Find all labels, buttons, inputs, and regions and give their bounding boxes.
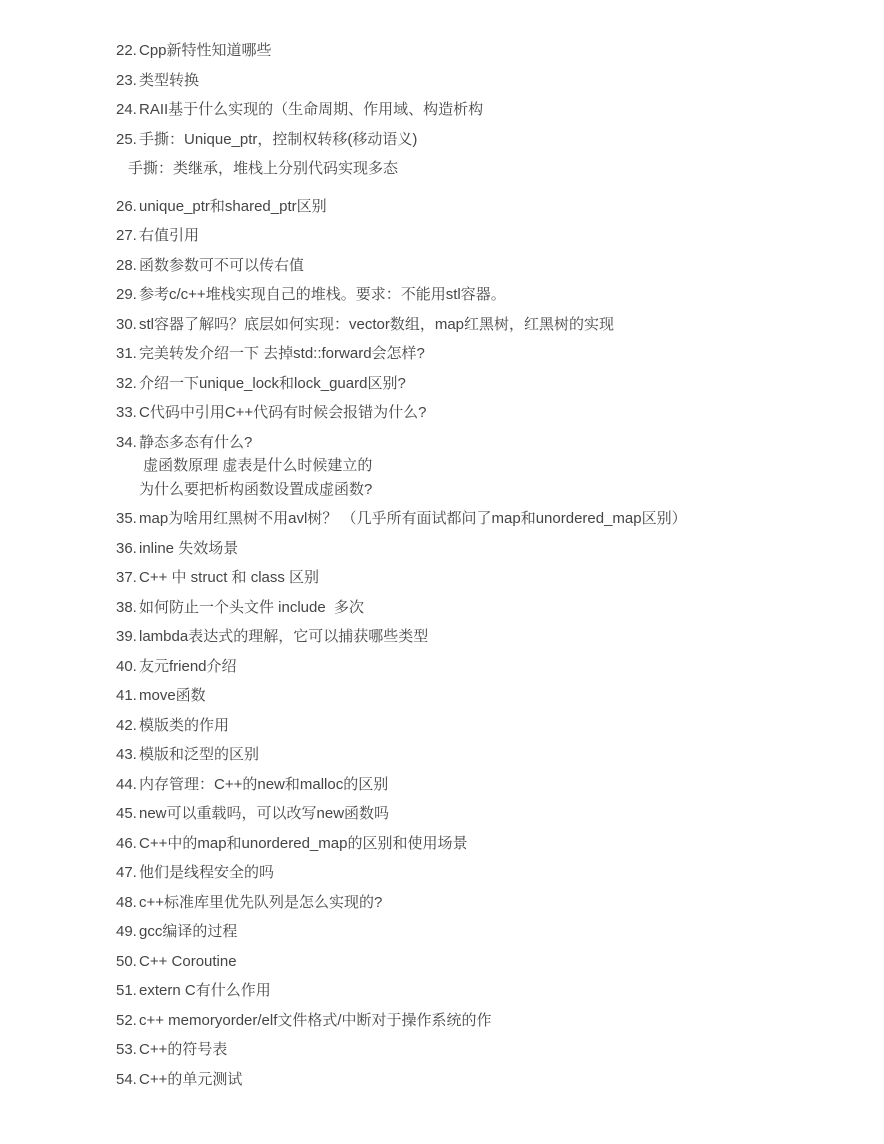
item-text: stl容器了解吗？底层如何实现：vector数组，map红黑树，红黑树的实现 (139, 313, 844, 337)
item-number: 39. (116, 625, 137, 649)
item-text: C++的符号表 (139, 1038, 844, 1062)
item-text: inline 失效场景 (139, 537, 844, 561)
list-item: 46.C++中的map和unordered_map的区别和使用场景 (116, 832, 844, 856)
item-text: map为啥用红黑树不用avl树？ （几乎所有面试都问了map和unordered… (139, 507, 844, 531)
list-item: 43.模版和泛型的区别 (116, 743, 844, 767)
item-number: 35. (116, 507, 137, 531)
item-number: 37. (116, 566, 137, 590)
item-text: extern C有什么作用 (139, 979, 844, 1003)
item-number: 42. (116, 714, 137, 738)
item-number: 27. (116, 224, 137, 248)
list-item: 53.C++的符号表 (116, 1038, 844, 1062)
item-text: new可以重载吗，可以改写new函数吗 (139, 802, 844, 826)
item-text: C代码中引用C++代码有时候会报错为什么? (139, 401, 844, 425)
item-text: 内存管理：C++的new和malloc的区别 (139, 773, 844, 797)
list-item: 52.c++ memoryorder/elf文件格式/中断对于操作系统的作 (116, 1009, 844, 1033)
item-text: C++ 中 struct 和 class 区别 (139, 566, 844, 590)
list-item: 24.RAII基于什么实现的（生命周期、作用域、构造析构 (116, 98, 844, 122)
list-item: 39.lambda表达式的理解，它可以捕获哪些类型 (116, 625, 844, 649)
list-item: 33.C代码中引用C++代码有时候会报错为什么? (116, 401, 844, 425)
item-text: 模版和泛型的区别 (139, 743, 844, 767)
item-number: 48. (116, 891, 137, 915)
list-item: 25.手撕：Unique_ptr，控制权转移(移动语义) (116, 128, 844, 152)
item-text: c++标准库里优先队列是怎么实现的? (139, 891, 844, 915)
list-item: 22.Cpp新特性知道哪些 (116, 39, 844, 63)
item-text: 友元friend介绍 (139, 655, 844, 679)
list-item: 41.move函数 (116, 684, 844, 708)
item-number: 36. (116, 537, 137, 561)
item-number: 24. (116, 98, 137, 122)
list-item: 37.C++ 中 struct 和 class 区别 (116, 566, 844, 590)
item-text: Cpp新特性知道哪些 (139, 39, 844, 63)
list-item: 31.完美转发介绍一下 去掉std::forward会怎样? (116, 342, 844, 366)
item-number: 46. (116, 832, 137, 856)
item-text: 他们是线程安全的吗 (139, 861, 844, 885)
item-number: 25. (116, 128, 137, 152)
item-number: 40. (116, 655, 137, 679)
item-text: 手撕：类继承，堆栈上分别代码实现多态 (128, 157, 844, 181)
list-item: 45.new可以重载吗，可以改写new函数吗 (116, 802, 844, 826)
item-text: 手撕：Unique_ptr，控制权转移(移动语义) (139, 128, 844, 152)
item-number: 29. (116, 283, 137, 307)
item-text: 右值引用 (139, 224, 844, 248)
item-text: 虚函数原理 虚表是什么时候建立的 (139, 454, 844, 478)
document-page: 22.Cpp新特性知道哪些23.类型转换24.RAII基于什么实现的（生命周期、… (0, 0, 884, 1144)
list-item: 47.他们是线程安全的吗 (116, 861, 844, 885)
list-item: 54.C++的单元测试 (116, 1068, 844, 1092)
item-number: 47. (116, 861, 137, 885)
item-number: 26. (116, 195, 137, 219)
list-item: 30.stl容器了解吗？底层如何实现：vector数组，map红黑树，红黑树的实… (116, 313, 844, 337)
item-text: 静态多态有什么? (139, 431, 844, 455)
list-item: 32.介绍一下unique_lock和lock_guard区别? (116, 372, 844, 396)
list-item: 48.c++标准库里优先队列是怎么实现的? (116, 891, 844, 915)
item-text: 参考c/c++堆栈实现自己的堆栈。要求：不能用stl容器。 (139, 283, 844, 307)
item-number: 50. (116, 950, 137, 974)
list-item: 29.参考c/c++堆栈实现自己的堆栈。要求：不能用stl容器。 (116, 283, 844, 307)
item-number: 52. (116, 1009, 137, 1033)
list-subitem: 手撕：类继承，堆栈上分别代码实现多态 (128, 157, 844, 181)
item-number: 45. (116, 802, 137, 826)
item-text: 函数参数可不可以传右值 (139, 254, 844, 278)
list-item: 51.extern C有什么作用 (116, 979, 844, 1003)
item-text: 如何防止一个头文件 include 多次 (139, 596, 844, 620)
item-number: 49. (116, 920, 137, 944)
item-number: 23. (116, 69, 137, 93)
item-text: lambda表达式的理解，它可以捕获哪些类型 (139, 625, 844, 649)
list-item: 34.静态多态有什么? 虚函数原理 虚表是什么时候建立的为什么要把析构函数设置成… (116, 431, 844, 502)
item-number: 22. (116, 39, 137, 63)
item-number: 44. (116, 773, 137, 797)
list-item: 36.inline 失效场景 (116, 537, 844, 561)
item-number: 53. (116, 1038, 137, 1062)
item-text: 介绍一下unique_lock和lock_guard区别? (139, 372, 844, 396)
item-text: 完美转发介绍一下 去掉std::forward会怎样? (139, 342, 844, 366)
list-item: 28.函数参数可不可以传右值 (116, 254, 844, 278)
list-item: 38.如何防止一个头文件 include 多次 (116, 596, 844, 620)
item-text: c++ memoryorder/elf文件格式/中断对于操作系统的作 (139, 1009, 844, 1033)
question-list: 22.Cpp新特性知道哪些23.类型转换24.RAII基于什么实现的（生命周期、… (116, 39, 844, 1091)
item-text: unique_ptr和shared_ptr区别 (139, 195, 844, 219)
item-text: 为什么要把析构函数设置成虚函数? (139, 478, 844, 502)
item-number: 51. (116, 979, 137, 1003)
item-text: C++中的map和unordered_map的区别和使用场景 (139, 832, 844, 856)
list-item: 40.友元friend介绍 (116, 655, 844, 679)
item-number: 33. (116, 401, 137, 425)
item-number: 28. (116, 254, 137, 278)
item-number: 54. (116, 1068, 137, 1092)
item-text: C++的单元测试 (139, 1068, 844, 1092)
item-number: 30. (116, 313, 137, 337)
item-number: 43. (116, 743, 137, 767)
list-item: 42.模版类的作用 (116, 714, 844, 738)
item-number: 32. (116, 372, 137, 396)
item-number: 34. (116, 431, 137, 455)
list-item: 50.C++ Coroutine (116, 950, 844, 974)
item-number: 38. (116, 596, 137, 620)
item-text: 类型转换 (139, 69, 844, 93)
list-item: 44.内存管理：C++的new和malloc的区别 (116, 773, 844, 797)
item-number: 31. (116, 342, 137, 366)
list-item: 26.unique_ptr和shared_ptr区别 (116, 195, 844, 219)
list-item: 27.右值引用 (116, 224, 844, 248)
item-text: 模版类的作用 (139, 714, 844, 738)
item-text: move函数 (139, 684, 844, 708)
item-text: C++ Coroutine (139, 950, 844, 974)
item-text: RAII基于什么实现的（生命周期、作用域、构造析构 (139, 98, 844, 122)
item-number: 41. (116, 684, 137, 708)
item-text: gcc编译的过程 (139, 920, 844, 944)
list-item: 35.map为啥用红黑树不用avl树？ （几乎所有面试都问了map和unorde… (116, 507, 844, 531)
list-item: 49.gcc编译的过程 (116, 920, 844, 944)
list-item: 23.类型转换 (116, 69, 844, 93)
